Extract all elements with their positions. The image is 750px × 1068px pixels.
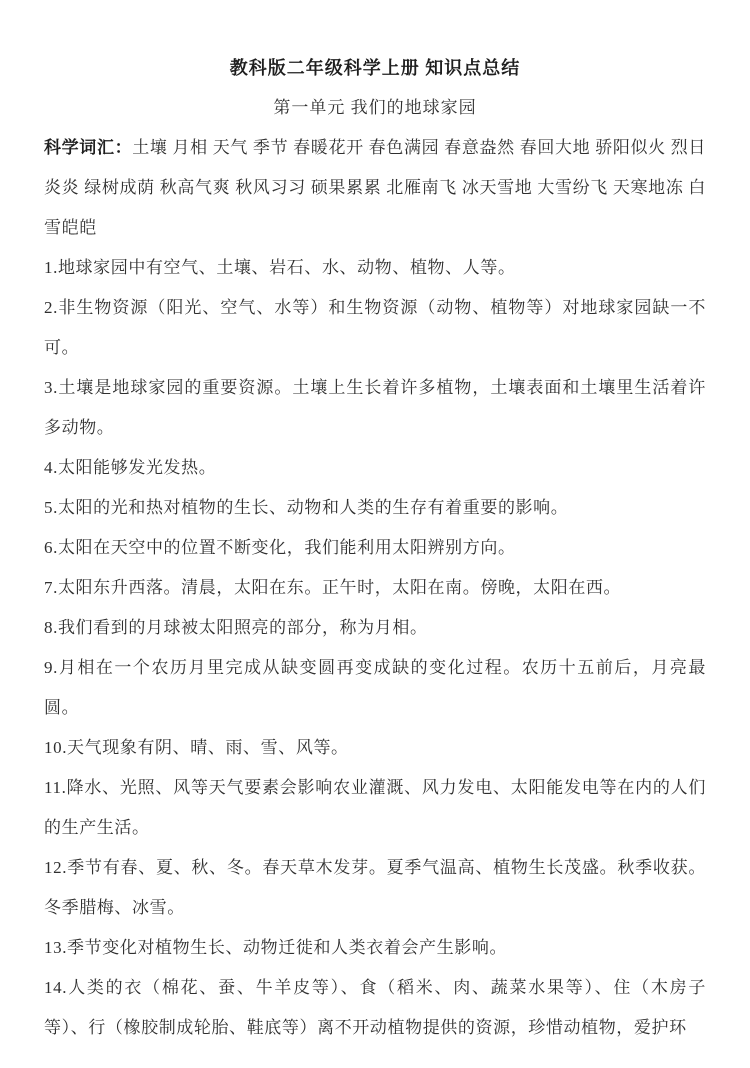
- document-page: 教科版二年级科学上册 知识点总结 第一单元 我们的地球家园 科学词汇：土壤 月相…: [0, 0, 750, 1068]
- knowledge-point-7: 7.太阳东升西落。清晨，太阳在东。正午时，太阳在南。傍晚，太阳在西。: [44, 568, 706, 608]
- doc-title: 教科版二年级科学上册 知识点总结: [44, 48, 706, 88]
- knowledge-point-11: 11.降水、光照、风等天气要素会影响农业灌溉、风力发电、太阳能发电等在内的人们的…: [44, 768, 706, 848]
- knowledge-point-9: 9.月相在一个农历月里完成从缺变圆再变成缺的变化过程。农历十五前后，月亮最圆。: [44, 648, 706, 728]
- knowledge-point-5: 5.太阳的光和热对植物的生长、动物和人类的生存有着重要的影响。: [44, 488, 706, 528]
- knowledge-point-2: 2.非生物资源（阳光、空气、水等）和生物资源（动物、植物等）对地球家园缺一不可。: [44, 288, 706, 368]
- knowledge-point-14: 14.人类的衣（棉花、蚕、牛羊皮等）、食（稻米、肉、蔬菜水果等）、住（木房子等）…: [44, 968, 706, 1048]
- unit-heading: 第一单元 我们的地球家园: [44, 88, 706, 128]
- knowledge-point-1: 1.地球家园中有空气、土壤、岩石、水、动物、植物、人等。: [44, 248, 706, 288]
- vocab-words: 土壤 月相 天气 季节 春暖花开 春色满园 春意盎然 春回大地 骄阳似火 烈日炎…: [44, 138, 706, 237]
- knowledge-point-3: 3.土壤是地球家园的重要资源。土壤上生长着许多植物，土壤表面和土壤里生活着许多动…: [44, 368, 706, 448]
- vocab-paragraph: 科学词汇：土壤 月相 天气 季节 春暖花开 春色满园 春意盎然 春回大地 骄阳似…: [44, 128, 706, 248]
- knowledge-point-8: 8.我们看到的月球被太阳照亮的部分，称为月相。: [44, 608, 706, 648]
- knowledge-point-12: 12.季节有春、夏、秋、冬。春天草木发芽。夏季气温高、植物生长茂盛。秋季收获。冬…: [44, 848, 706, 928]
- knowledge-point-13: 13.季节变化对植物生长、动物迁徙和人类衣着会产生影响。: [44, 928, 706, 968]
- knowledge-point-10: 10.天气现象有阴、晴、雨、雪、风等。: [44, 728, 706, 768]
- knowledge-point-4: 4.太阳能够发光发热。: [44, 448, 706, 488]
- knowledge-point-6: 6.太阳在天空中的位置不断变化，我们能利用太阳辨别方向。: [44, 528, 706, 568]
- vocab-label: 科学词汇：: [44, 138, 132, 157]
